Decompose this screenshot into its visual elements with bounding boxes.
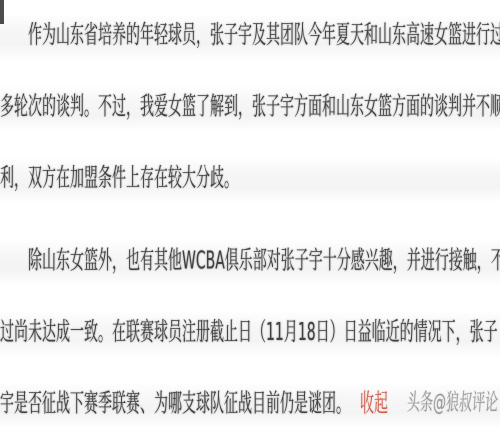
- article-line: 宇是否征战下赛季联赛、为哪支球队征战目前仍是谜团。: [0, 369, 350, 440]
- article-line: 过尚未达成一致。在联赛球员注册截止日（11月18日）日益临近的情况下，张子: [0, 297, 500, 369]
- article-page: 作为山东省培养的年轻球员，张子宇及其团队今年夏天和山东高速女篮进行过 多轮次的谈…: [0, 0, 500, 440]
- article-last-line: 宇是否征战下赛季联赛、为哪支球队征战目前仍是谜团。 收起 头条@狼叔评论: [0, 369, 500, 440]
- paragraph-negotiations: 作为山东省培养的年轻球员，张子宇及其团队今年夏天和山东高速女篮进行过 多轮次的谈…: [0, 0, 500, 215]
- paragraph-other-clubs: 除山东女篮外，也有其他WCBA俱乐部对张子宇十分感兴趣，并进行接触，不 过尚未达…: [0, 226, 500, 440]
- article-body: 作为山东省培养的年轻球员，张子宇及其团队今年夏天和山东高速女篮进行过 多轮次的谈…: [0, 0, 500, 440]
- article-line: 作为山东省培养的年轻球员，张子宇及其团队今年夏天和山东高速女篮进行过: [0, 0, 500, 72]
- watermark: 头条@狼叔评论: [405, 369, 500, 440]
- article-line: 多轮次的谈判。不过，我爱女篮了解到，张子宇方面和山东女篮方面的谈判并不顺: [0, 72, 500, 144]
- article-line: 除山东女篮外，也有其他WCBA俱乐部对张子宇十分感兴趣，并进行接触，不: [0, 226, 500, 298]
- collapse-link[interactable]: 收起: [360, 369, 388, 440]
- article-line: 利，双方在加盟条件上存在较大分歧。: [0, 143, 500, 215]
